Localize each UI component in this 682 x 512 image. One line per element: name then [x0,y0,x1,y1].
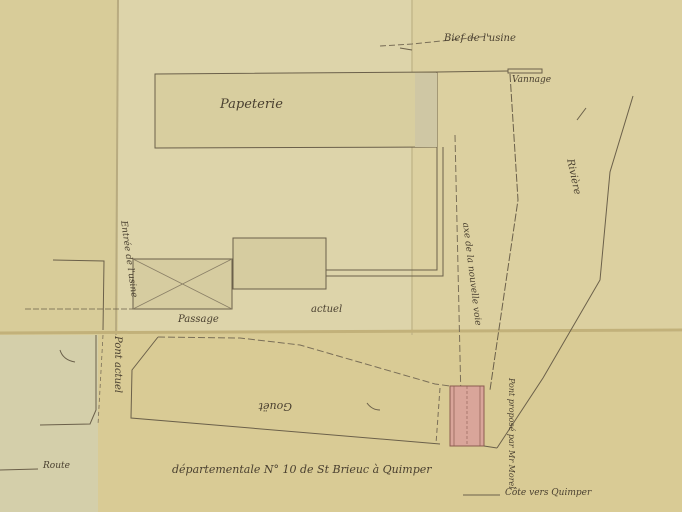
flow-arrow-icon [577,108,586,120]
papeterie-annex [415,73,437,147]
label-pont-propose: Pont proposé par Mr Morel [507,378,516,489]
fold-line [0,330,682,333]
plan-drawing [0,0,682,512]
label-cote-vers-quimper: Côte vers Quimper [505,488,591,498]
channel [326,147,443,276]
papeterie-building [155,72,437,148]
flow-arrow-icon [367,403,380,410]
river-bank [497,96,633,448]
label-route: Route [43,461,70,471]
label-gouet: Gouët [259,400,292,413]
label-actuel: actuel [311,304,342,315]
flow-arrow-icon [400,48,412,50]
label-vannage: Vannage [512,75,551,85]
building-large [233,238,326,289]
route-line [0,469,38,470]
gouet-upper-bank [158,337,450,386]
label-pont-actuel: Pont actuel [112,336,123,393]
gouet-lower-bank [131,337,440,444]
fold-line [116,0,118,335]
label-route-departementale: départementale N° 10 de St Brieuc à Quim… [172,463,432,476]
label-passage: Passage [178,314,219,325]
label-bief-usine: Bief de l'usine [444,33,516,44]
flow-arrow-icon [60,350,75,362]
vannage-sluice [508,69,542,73]
label-papeterie: Papeterie [220,97,283,112]
